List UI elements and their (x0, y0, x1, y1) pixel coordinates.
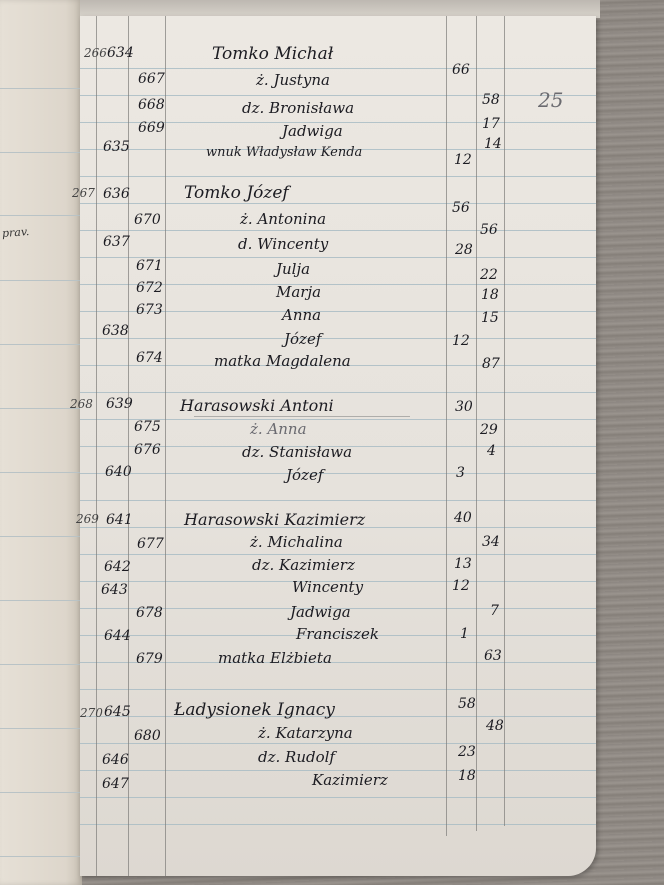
household-index: 266 (84, 46, 107, 60)
female-age: 14 (484, 136, 502, 152)
house-number: 639 (106, 396, 133, 412)
person-name: Jadwiga (290, 603, 351, 621)
person-name: ż. Justyna (256, 71, 330, 89)
person-name: matka Elżbieta (218, 649, 332, 667)
person-name: matka Magdalena (214, 352, 351, 370)
house-number: 634 (107, 45, 134, 61)
female-age: 17 (482, 116, 500, 132)
entry-number: 647 (102, 776, 129, 792)
entry-number: 644 (104, 628, 131, 644)
male-age: 12 (452, 333, 470, 349)
household-index: 267 (72, 186, 95, 200)
house-number: 645 (104, 704, 131, 720)
person-name: Wincenty (292, 578, 363, 596)
person-name: Anna (282, 306, 321, 324)
person-name: Julja (276, 260, 310, 278)
female-age: 56 (480, 222, 498, 238)
entry-number: 673 (136, 302, 163, 318)
page-number: 25 (538, 88, 563, 112)
entry-number: 643 (101, 582, 128, 598)
entry-number: 668 (138, 97, 165, 113)
male-age: 58 (458, 696, 476, 712)
person-name: ż. Antonina (240, 210, 326, 228)
household-index: 269 (76, 512, 99, 526)
female-age: 87 (482, 356, 500, 372)
female-age: 29 (480, 422, 498, 438)
entry-number: 679 (136, 651, 163, 667)
entry-number: 678 (136, 605, 163, 621)
person-name: Marja (276, 283, 321, 301)
person-name: Kazimierz (312, 771, 388, 789)
house-number: 641 (106, 512, 133, 528)
male-age: 28 (455, 242, 473, 258)
person-name: dz. Bronisława (242, 99, 354, 117)
person-name: Harasowski Kazimierz (184, 510, 365, 529)
left-page: prav. (0, 0, 82, 885)
male-age: 18 (458, 768, 476, 784)
male-age: 30 (455, 399, 473, 415)
entry-number: 669 (138, 120, 165, 136)
male-age: 66 (452, 62, 470, 78)
male-age: 12 (454, 152, 472, 168)
person-name: Jadwiga (282, 122, 343, 140)
person-name: Franciszek (296, 625, 379, 643)
person-name: wnuk Władysław Kenda (206, 145, 362, 160)
entry-number: 642 (104, 559, 131, 575)
person-name: Józef (284, 330, 321, 348)
person-name: d. Wincenty (238, 235, 328, 253)
person-name: Harasowski Antoni (180, 396, 334, 415)
person-name: Tomko Józef (184, 183, 289, 203)
person-name: ż. Michalina (250, 533, 343, 551)
female-age: 18 (481, 287, 499, 303)
entry-number: 680 (134, 728, 161, 744)
entry-number: 674 (136, 350, 163, 366)
male-age: 12 (452, 578, 470, 594)
household-index: 268 (70, 397, 93, 411)
female-age: 48 (486, 718, 504, 734)
female-age: 15 (481, 310, 499, 326)
person-name: Tomko Michał (212, 44, 333, 64)
entry-number: 670 (134, 212, 161, 228)
household-index: 270 (80, 706, 103, 720)
male-age: 56 (452, 200, 470, 216)
house-number: 636 (103, 186, 130, 202)
entry-number: 672 (136, 280, 163, 296)
female-age: 22 (480, 267, 498, 283)
person-name: dz. Rudolf (258, 748, 335, 766)
person-name: Józef (286, 466, 323, 484)
entry-number: 635 (103, 139, 130, 155)
male-age: 1 (460, 626, 469, 642)
left-page-note: prav. (2, 225, 30, 240)
female-age: 4 (487, 443, 496, 459)
entry-number: 637 (103, 234, 130, 250)
entry-number: 677 (137, 536, 164, 552)
entry-number: 671 (136, 258, 163, 274)
entry-number: 676 (134, 442, 161, 458)
person-name: ż. Katarzyna (258, 724, 353, 742)
male-age: 13 (454, 556, 472, 572)
female-age: 58 (482, 92, 500, 108)
entry-number: 638 (102, 323, 129, 339)
person-name: dz. Stanisława (242, 443, 352, 461)
entry-number: 640 (105, 464, 132, 480)
person-name: ż. Anna (250, 420, 307, 438)
female-age: 7 (490, 603, 499, 619)
entry-number: 667 (138, 71, 165, 87)
person-name: Ładysionek Ignacy (174, 700, 335, 720)
female-age: 63 (484, 648, 502, 664)
entry-number: 675 (134, 419, 161, 435)
female-age: 34 (482, 534, 500, 550)
person-name: dz. Kazimierz (252, 556, 355, 574)
entry-number: 646 (102, 752, 129, 768)
male-age: 3 (456, 465, 465, 481)
male-age: 40 (454, 510, 472, 526)
male-age: 23 (458, 744, 476, 760)
